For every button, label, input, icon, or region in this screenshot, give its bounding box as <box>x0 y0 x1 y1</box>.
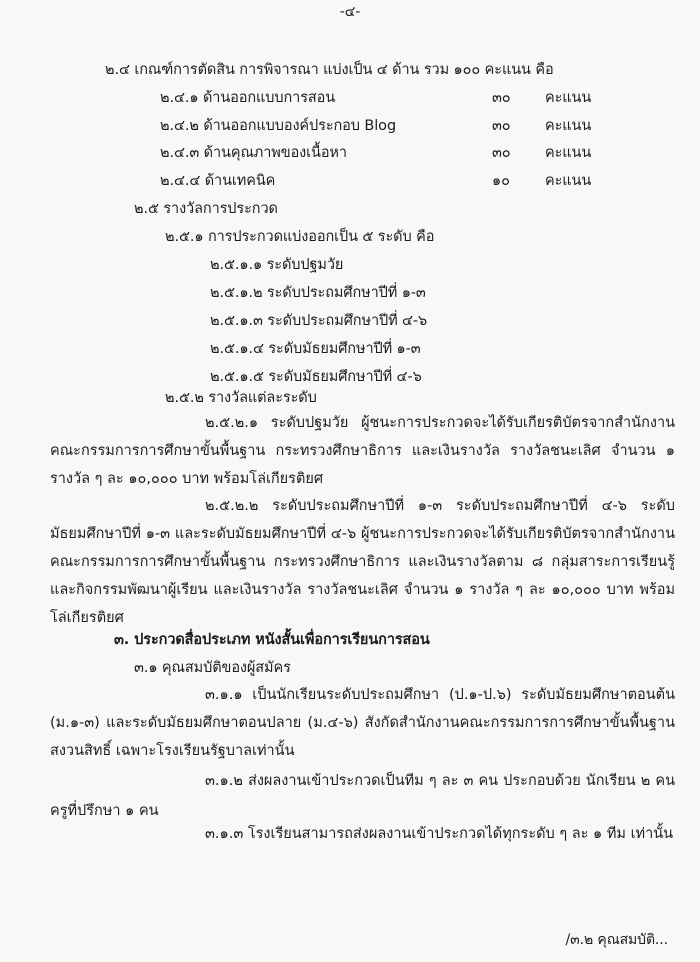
level-item: ๒.๕.๑.๕ ระดับมัธยมศึกษาปีที่ ๔-๖ <box>210 367 422 387</box>
criteria-points: ๑๐ <box>492 171 510 191</box>
paragraph-body: คณะกรรมการการศึกษาขั้นพื้นฐาน กระทรวงศึก… <box>50 443 675 487</box>
document-page: -๔- ๒.๔ เกณฑ์การตัดสิน การพิจารณา แบ่งเป… <box>0 0 700 962</box>
criteria-unit: คะแนน <box>545 116 591 136</box>
level-item: ๒.๕.๑.๔ ระดับมัธยมศึกษาปีที่ ๑-๓ <box>210 339 421 359</box>
criteria-points: ๓๐ <box>492 143 511 163</box>
criteria-unit: คะแนน <box>545 171 591 191</box>
paragraph-lead: ๓.๑.๒ ส่งผลงานเข้าประกวดเป็นทีม ๆ ละ ๓ ค… <box>205 773 675 789</box>
criteria-label: ๒.๔.๓ ด้านคุณภาพของเนื้อหา <box>160 143 347 163</box>
qualification-paragraph-1: ๓.๑.๑ เป็นนักเรียนระดับประถมศึกษา (ป.๑-ป… <box>50 681 675 765</box>
section-2-5-2-heading: ๒.๕.๒ รางวัลแต่ละระดับ <box>165 388 317 408</box>
criteria-row: ๒.๔.๒ ด้านออกแบบองค์ประกอบ Blog ๓๐ คะแนน <box>160 116 620 136</box>
qualification-paragraph-3: ๓.๑.๓ โรงเรียนสามารถส่งผลงานเข้าประกวดได… <box>50 820 675 848</box>
page-number: -๔- <box>0 2 700 22</box>
level-item: ๒.๕.๑.๓ ระดับประถมศึกษาปีที่ ๔-๖ <box>210 311 427 331</box>
level-item: ๒.๕.๑.๑ ระดับปฐมวัย <box>210 255 343 275</box>
criteria-label: ๒.๔.๒ ด้านออกแบบองค์ประกอบ Blog <box>160 116 396 136</box>
paragraph-body: มัธยมศึกษาปีที่ ๑-๓ และระดับมัธยมศึกษาปี… <box>50 526 675 626</box>
paragraph-lead: ๒.๕.๒.๑ ระดับปฐมวัย ผู้ชนะการประกวดจะได้… <box>205 415 675 431</box>
section-2-4-heading: ๒.๔ เกณฑ์การตัดสิน การพิจารณา แบ่งเป็น ๔… <box>105 60 554 80</box>
criteria-label: ๒.๔.๔ ด้านเทคนิค <box>160 171 275 191</box>
criteria-unit: คะแนน <box>545 88 591 108</box>
criteria-row: ๒.๔.๔ ด้านเทคนิค ๑๐ คะแนน <box>160 171 620 191</box>
award-paragraph-primary-secondary: ๒.๕.๒.๒ ระดับประถมศึกษาปีที่ ๑-๓ ระดับปร… <box>50 492 675 632</box>
criteria-points: ๓๐ <box>492 116 511 136</box>
award-paragraph-preschool: ๒.๕.๒.๑ ระดับปฐมวัย ผู้ชนะการประกวดจะได้… <box>50 409 675 493</box>
paragraph-lead: ๒.๕.๒.๒ ระดับประถมศึกษาปีที่ ๑-๓ ระดับปร… <box>205 498 675 514</box>
section-3-heading: ๓. ประกวดสื่อประเภท หนังสั้นเพื่อการเรีย… <box>114 630 430 650</box>
criteria-unit: คะแนน <box>545 143 591 163</box>
section-2-5-heading: ๒.๕ รางวัลการประกวด <box>134 199 278 219</box>
section-2-5-1-heading: ๒.๕.๑ การประกวดแบ่งออกเป็น ๕ ระดับ คือ <box>165 227 434 247</box>
paragraph-body: ครูที่ปรึกษา ๑ คน <box>50 803 159 819</box>
criteria-points: ๓๐ <box>492 88 511 108</box>
criteria-label: ๒.๔.๑ ด้านออกแบบการสอน <box>160 88 335 108</box>
qualification-paragraph-2: ๓.๑.๒ ส่งผลงานเข้าประกวดเป็นทีม ๆ ละ ๓ ค… <box>50 766 675 826</box>
criteria-row: ๒.๔.๑ ด้านออกแบบการสอน ๓๐ คะแนน <box>160 88 620 108</box>
next-page-continuation: /๓.๒ คุณสมบัติ... <box>566 930 668 950</box>
paragraph-lead: ๓.๑.๑ เป็นนักเรียนระดับประถมศึกษา (ป.๑-ป… <box>205 687 675 703</box>
level-item: ๒.๕.๑.๒ ระดับประถมศึกษาปีที่ ๑-๓ <box>210 283 426 303</box>
paragraph-body: (ม.๑-๓) และระดับมัธยมศึกษาตอนปลาย (ม.๔-๖… <box>50 715 675 759</box>
criteria-row: ๒.๔.๓ ด้านคุณภาพของเนื้อหา ๓๐ คะแนน <box>160 143 620 163</box>
paragraph-lead: ๓.๑.๓ โรงเรียนสามารถส่งผลงานเข้าประกวดได… <box>205 826 673 842</box>
section-3-1-heading: ๓.๑ คุณสมบัติของผู้สมัคร <box>134 658 291 678</box>
